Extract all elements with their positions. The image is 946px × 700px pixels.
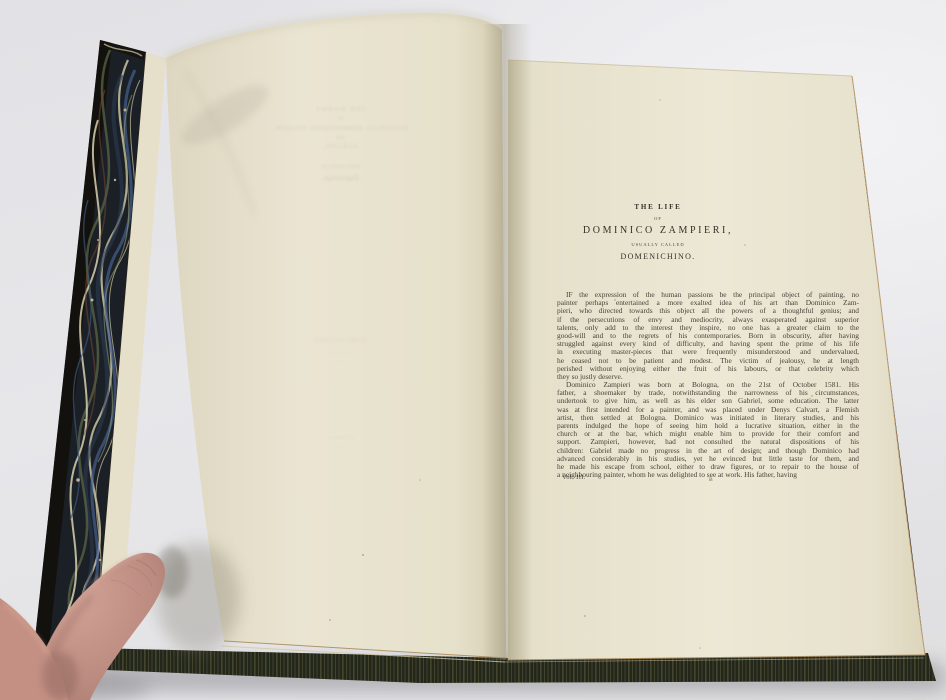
ghost-line: WITH A SERIES OF [238,164,443,169]
heading-line-name: DOMINICO ZAMPIERI, [558,225,758,236]
heading-line-of: OF [558,216,758,221]
signature-mark: B [709,477,713,483]
ghost-line: AND [238,135,443,140]
ghost-line: Engravings, [238,173,443,182]
title-heading: THE LIFE OF DOMINICO ZAMPIERI, USUALLY C… [558,203,758,261]
ghost-line: — — — [245,358,435,363]
body-line: a neighbouring painter, whom he was deli… [557,471,859,479]
ghost-showthrough-secondary: DOMENICHINO— — — — —— — —LONDON:— — — [245,338,435,449]
volume-footer: Vol. III. [562,474,586,481]
body-text: IF the expression of the human passions … [557,291,859,479]
ghost-line: OF [238,116,443,121]
ghost-line: — — — — — [245,350,435,355]
ghost-line: LONDON: [245,435,435,440]
ghost-line: THE WORKS [238,106,443,113]
ghost-line: ALBANO, [238,143,443,150]
gutter-shadow [482,24,532,660]
ghost-line: — — — [245,444,435,449]
heading-line-the-life: THE LIFE [558,203,758,211]
ghost-showthrough-primary: THE WORKSOFRAFFAELLE, DOMENICHINO, POUSS… [238,106,443,182]
heading-line-usually: USUALLY CALLED [558,242,758,247]
book-photo-scene: THE WORKSOFRAFFAELLE, DOMENICHINO, POUSS… [0,0,946,700]
heading-line-domenichino: DOMENICHINO. [558,252,758,261]
ghost-line: DOMENICHINO [245,338,435,344]
ghost-line: RAFFAELLE, DOMENICHINO, POUSSIN, [238,125,443,132]
